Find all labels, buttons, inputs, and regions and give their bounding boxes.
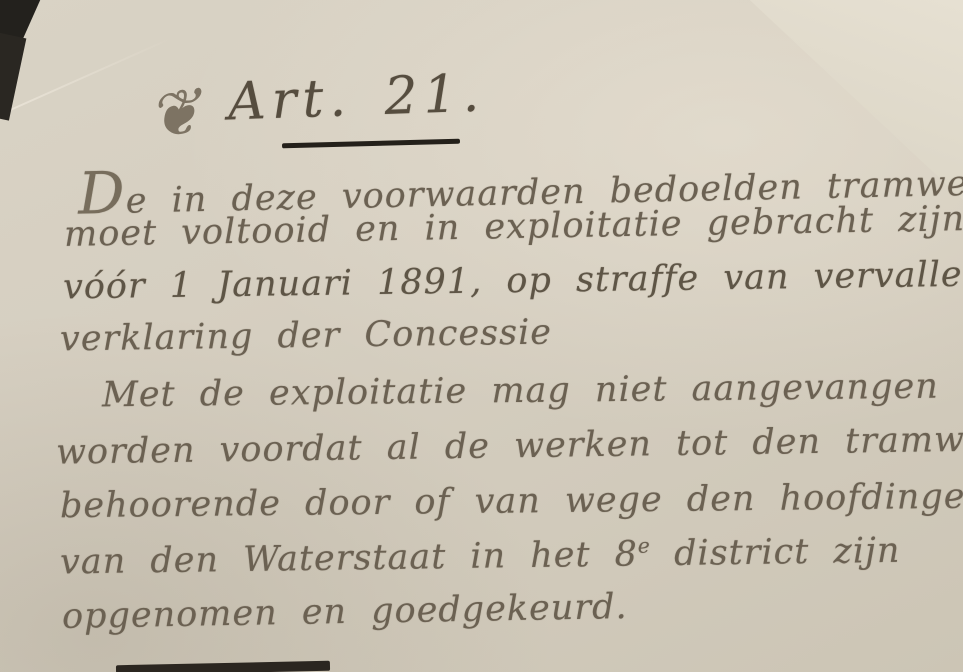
document-photo: ❦ Art. 21. De in deze voorwaarden bedoel… [0, 0, 963, 672]
body-line-3: vóór 1 Januari 1891, op straffe van verv… [63, 255, 963, 308]
article-heading: Art. 21. [227, 64, 486, 133]
district-line-post: district zijn [650, 531, 901, 574]
body-line-9: opgenomen en goedgekeurd. [62, 587, 628, 637]
district-ordinal-superscript: e [638, 534, 650, 558]
body-line-5: Met de exploitatie mag niet aangevangen [102, 367, 939, 416]
heading-underline [282, 139, 460, 149]
body-line-4: verklaring der Concessie [60, 313, 553, 360]
heading-flourish: ❦ [143, 75, 206, 156]
body-line-8: van den Waterstaat in het 8e district zi… [60, 530, 901, 582]
next-article-rule-fragment [116, 661, 330, 672]
body-line-7: behoorende door of van wege den hoofding… [60, 476, 963, 527]
body-line-6: worden voordat al de werken tot den tram… [56, 419, 963, 472]
district-line-pre: van den Waterstaat in het 8 [60, 534, 638, 582]
